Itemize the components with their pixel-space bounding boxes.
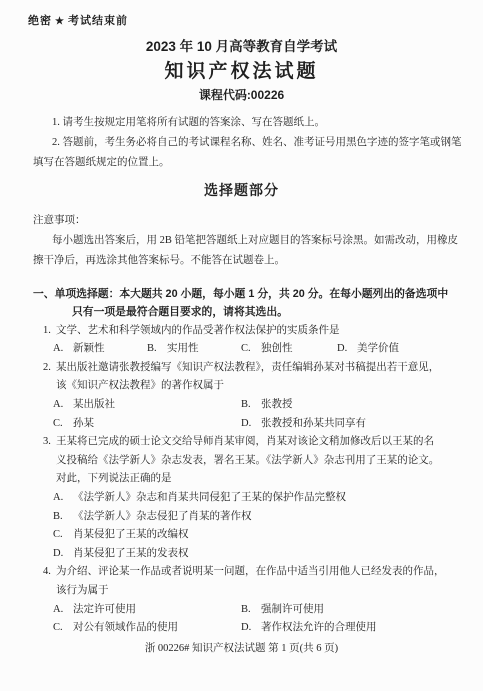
option-text: 实用性 bbox=[167, 343, 199, 354]
option-item: B.强制许可使用 bbox=[241, 601, 483, 620]
question-stem-text: 文学、艺术和科学领域内的作品受著作权法保护的实质条件是 bbox=[56, 325, 340, 336]
instructions: 1. 请考生按规定用笔将所有试题的答案涂、写在答题纸上。 2. 答题前，考生务必… bbox=[0, 113, 483, 173]
options-grid: A.某出版社 B.张教授 C.孙某 D.张教授和孙某共同享有 bbox=[53, 396, 483, 433]
option-label: C. bbox=[53, 415, 66, 434]
exam-session: 2023 年 10 月高等教育自学考试 bbox=[0, 39, 483, 55]
option-text: 某出版社 bbox=[73, 399, 115, 410]
options-list: A.《法学新人》杂志和肖某共同侵犯了王某的保护作品完整权 B.《法学新人》杂志侵… bbox=[53, 489, 483, 563]
option-label: C. bbox=[53, 619, 66, 638]
option-text: 张教授 bbox=[261, 399, 293, 410]
instruction-line: 2. 答题前，考生务必将自己的考试课程名称、姓名、准考证号用黑色字迹的签字笔或钢… bbox=[52, 133, 483, 153]
option-item: A.《法学新人》杂志和肖某共同侵犯了王某的保护作品完整权 bbox=[53, 489, 483, 508]
notes-line: 每小题选出答案后，用 2B 铅笔把答题纸上对应题目的答案标号涂黑。如需改动，用橡… bbox=[52, 231, 483, 251]
option-label: B. bbox=[147, 340, 160, 359]
options-grid: A.法定许可使用 B.强制许可使用 C.对公有领域作品的使用 D.著作权法允许的… bbox=[53, 601, 483, 638]
question-stem-line: 该《知识产权法教程》的著作权属于 bbox=[56, 377, 483, 396]
question-item: 3.王某将已完成的硕士论文交给导师肖某审阅，肖某对该论文稍加修改后以王某的名 义… bbox=[0, 433, 483, 563]
option-label: A. bbox=[53, 340, 66, 359]
part-heading: 一、单项选择题：本大题共 20 小题，每小题 1 分，共 20 分。在每小题列出… bbox=[0, 285, 483, 322]
page-title: 知识产权法试题 bbox=[0, 61, 483, 83]
option-label: B. bbox=[241, 396, 254, 415]
question-number: 1. bbox=[43, 322, 56, 341]
option-text: 《法学新人》杂志和肖某共同侵犯了王某的保护作品完整权 bbox=[73, 492, 346, 503]
course-code: 课程代码:00226 bbox=[0, 88, 483, 102]
notes: 注意事项： 每小题选出答案后，用 2B 铅笔把答题纸上对应题目的答案标号涂黑。如… bbox=[0, 211, 483, 271]
options-row: A.新颖性 B.实用性 C.独创性 D.美学价值 bbox=[53, 340, 483, 359]
option-item: C.对公有领域作品的使用 bbox=[53, 619, 241, 638]
question-stem-line: 2.某出版社邀请张教授编写《知识产权法教程》，责任编辑孙某对书稿提出若干意见， bbox=[43, 359, 483, 378]
question-number: 3. bbox=[43, 433, 56, 452]
exam-timing-label: 考试结束前 bbox=[68, 15, 128, 27]
page-footer: 浙 00226# 知识产权法试题 第 1 页(共 6 页) bbox=[0, 642, 483, 656]
option-label: D. bbox=[53, 545, 66, 564]
option-item: A.法定许可使用 bbox=[53, 601, 241, 620]
option-label: A. bbox=[53, 396, 66, 415]
question-item: 1.文学、艺术和科学领域内的作品受著作权法保护的实质条件是 A.新颖性 B.实用… bbox=[0, 322, 483, 359]
option-item: C.独创性 bbox=[241, 340, 337, 359]
classified-banner: 绝密★考试结束前 bbox=[28, 14, 483, 29]
question-number: 2. bbox=[43, 359, 56, 378]
question-stem-line: 该行为属于 bbox=[56, 582, 483, 601]
option-text: 独创性 bbox=[261, 343, 293, 354]
option-label: B. bbox=[53, 508, 66, 527]
option-label: C. bbox=[53, 526, 66, 545]
option-text: 著作权法允许的合理使用 bbox=[261, 622, 377, 633]
question-item: 2.某出版社邀请张教授编写《知识产权法教程》，责任编辑孙某对书稿提出若干意见， … bbox=[0, 359, 483, 433]
option-text: 孙某 bbox=[73, 418, 94, 429]
option-label: D. bbox=[241, 619, 254, 638]
option-label: D. bbox=[337, 340, 350, 359]
option-label: A. bbox=[53, 489, 66, 508]
instruction-line: 1. 请考生按规定用笔将所有试题的答案涂、写在答题纸上。 bbox=[52, 113, 483, 133]
option-label: B. bbox=[241, 601, 254, 620]
question-stem-line: 对此，下列说法正确的是 bbox=[56, 470, 483, 489]
option-item: D.著作权法允许的合理使用 bbox=[241, 619, 483, 638]
question-stem-line: 义投稿给《法学新人》杂志发表，署名王某。《法学新人》杂志刊用了王某的论文。 bbox=[56, 452, 483, 471]
option-text: 肖某侵犯了王某的发表权 bbox=[73, 548, 189, 559]
option-item: A.新颖性 bbox=[53, 340, 147, 359]
option-text: 对公有领域作品的使用 bbox=[73, 622, 178, 633]
part-heading-line: 只有一项是最符合题目要求的，请将其选出。 bbox=[72, 303, 483, 322]
option-item: C.肖某侵犯了王某的改编权 bbox=[53, 526, 483, 545]
option-text: 强制许可使用 bbox=[261, 604, 324, 615]
exam-page: 绝密★考试结束前 2023 年 10 月高等教育自学考试 知识产权法试题 课程代… bbox=[0, 0, 483, 691]
question-list: 1.文学、艺术和科学领域内的作品受著作权法保护的实质条件是 A.新颖性 B.实用… bbox=[0, 322, 483, 638]
section-title: 选择题部分 bbox=[0, 182, 483, 199]
option-item: B.《法学新人》杂志侵犯了肖某的著作权 bbox=[53, 508, 483, 527]
question-stem-line: 3.王某将已完成的硕士论文交给导师肖某审阅，肖某对该论文稍加修改后以王某的名 bbox=[43, 433, 483, 452]
star-icon: ★ bbox=[52, 16, 68, 27]
question-stem-text: 为介绍、评论某一作品或者说明某一问题，在作品中适当引用他人已经发表的作品， bbox=[56, 566, 445, 577]
option-item: C.孙某 bbox=[53, 415, 241, 434]
option-item: A.某出版社 bbox=[53, 396, 241, 415]
option-text: 肖某侵犯了王某的改编权 bbox=[73, 529, 189, 540]
question-stem-line: 1.文学、艺术和科学领域内的作品受著作权法保护的实质条件是 bbox=[43, 322, 483, 341]
option-label: A. bbox=[53, 601, 66, 620]
question-number: 4. bbox=[43, 563, 56, 582]
option-text: 新颖性 bbox=[73, 343, 105, 354]
option-item: B.张教授 bbox=[241, 396, 483, 415]
option-item: B.实用性 bbox=[147, 340, 241, 359]
question-stem-line: 4.为介绍、评论某一作品或者说明某一问题，在作品中适当引用他人已经发表的作品， bbox=[43, 563, 483, 582]
instruction-line: 填写在答题纸规定的位置上。 bbox=[33, 153, 483, 173]
notes-line: 擦干净后，再选涂其他答案标号。不能答在试题卷上。 bbox=[33, 251, 483, 271]
question-item: 4.为介绍、评论某一作品或者说明某一问题，在作品中适当引用他人已经发表的作品， … bbox=[0, 563, 483, 637]
question-stem-text: 王某将已完成的硕士论文交给导师肖某审阅，肖某对该论文稍加修改后以王某的名 bbox=[56, 436, 434, 447]
option-text: 张教授和孙某共同享有 bbox=[261, 418, 366, 429]
option-text: 法定许可使用 bbox=[73, 604, 136, 615]
option-label: C. bbox=[241, 340, 254, 359]
notes-label: 注意事项： bbox=[33, 211, 483, 231]
option-text: 美学价值 bbox=[357, 343, 399, 354]
option-item: D.张教授和孙某共同享有 bbox=[241, 415, 483, 434]
option-item: D.美学价值 bbox=[337, 340, 483, 359]
secrecy-label: 绝密 bbox=[28, 15, 52, 27]
question-stem-text: 某出版社邀请张教授编写《知识产权法教程》，责任编辑孙某对书稿提出若干意见， bbox=[56, 362, 439, 373]
option-text: 《法学新人》杂志侵犯了肖某的著作权 bbox=[73, 511, 252, 522]
option-item: D.肖某侵犯了王某的发表权 bbox=[53, 545, 483, 564]
option-label: D. bbox=[241, 415, 254, 434]
part-heading-line: 一、单项选择题：本大题共 20 小题，每小题 1 分，共 20 分。在每小题列出… bbox=[33, 285, 483, 304]
